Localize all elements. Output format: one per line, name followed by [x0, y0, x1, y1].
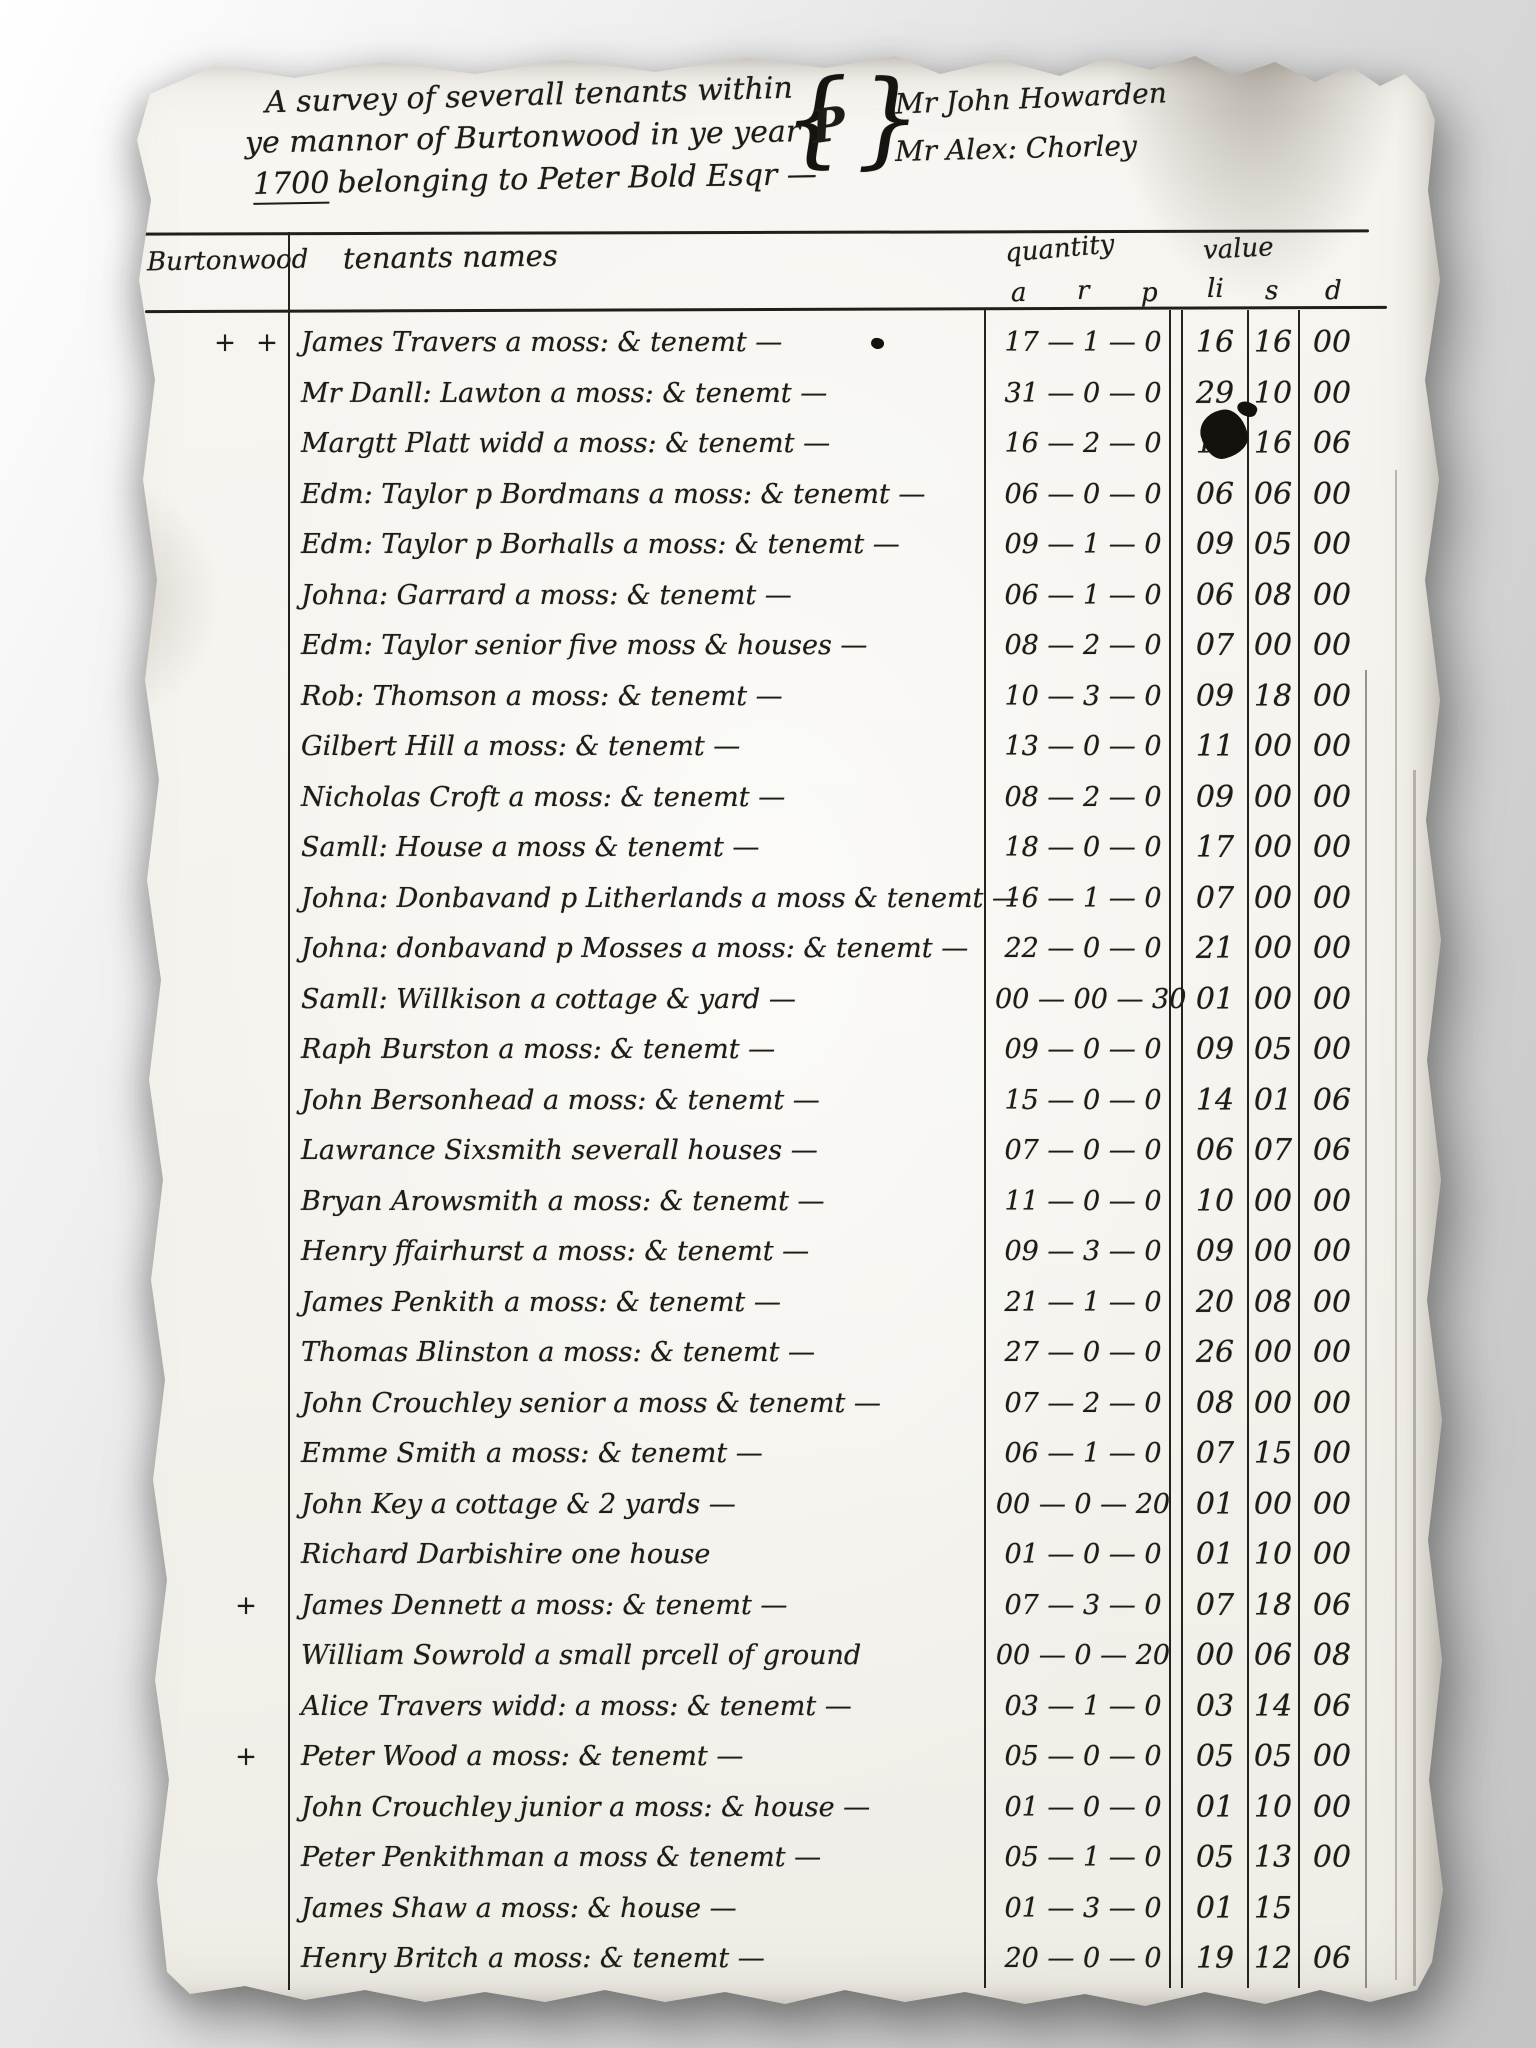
tenant-name: Richard Darbishire one house — [301, 1530, 710, 1581]
value-pounds: 07 — [1187, 621, 1243, 672]
value-pounds: 01 — [1187, 1783, 1243, 1834]
value-pence: 00 — [1301, 1732, 1363, 1783]
unit-acres: a — [1011, 278, 1027, 308]
value-pounds: 07 — [1187, 1429, 1243, 1480]
tenant-row: Bryan Arowsmith a moss: & tenemt — 11 — … — [95, 1177, 1445, 1228]
quantity-arp: 31 — 0 — 0 — [995, 369, 1171, 420]
quantity-arp: 13 — 0 — 0 — [995, 722, 1171, 773]
quantity-arp: 11 — 0 — 0 — [995, 1177, 1171, 1228]
value-pounds: 10 — [1187, 1177, 1243, 1228]
value-shillings: 08 — [1251, 571, 1295, 622]
title-line-1: A survey of severall tenants within — [265, 71, 794, 121]
value-pence: 06 — [1301, 1934, 1363, 1985]
quantity-arp: 03 — 1 — 0 — [995, 1682, 1171, 1733]
tenant-name: Alice Travers widd: a moss: & tenemt — — [301, 1682, 852, 1733]
unit-pounds: li — [1207, 274, 1224, 304]
value-shillings: 15 — [1251, 1884, 1295, 1935]
title-line-3: 1700belonging to Peter Bold Esqr — — [253, 157, 817, 202]
tenant-row: Samll: Willkison a cottage & yard — 00 —… — [95, 975, 1445, 1026]
tenant-name: Edm: Taylor senior five moss & houses — — [301, 621, 867, 672]
value-shillings: 05 — [1251, 1025, 1295, 1076]
value-pounds: 09 — [1187, 1227, 1243, 1278]
title-line-3-rest: belonging to Peter Bold Esqr — — [337, 157, 817, 200]
tenant-name: Nicholas Croft a moss: & tenemt — — [301, 773, 785, 824]
value-pence: 00 — [1301, 571, 1363, 622]
value-pence: 00 — [1301, 1025, 1363, 1076]
brace-monogram: P — [807, 96, 849, 154]
tenant-row: William Sowrold a small prcell of ground… — [95, 1631, 1445, 1682]
value-pence: 00 — [1301, 874, 1363, 925]
value-shillings: 08 — [1251, 1278, 1295, 1329]
value-shillings: 00 — [1251, 722, 1295, 773]
tenant-row: + James Dennett a moss: & tenemt — 07 — … — [95, 1581, 1445, 1632]
quantity-arp: 20 — 0 — 0 — [995, 1934, 1171, 1985]
tenant-name: William Sowrold a small prcell of ground — [301, 1631, 861, 1682]
value-pounds: 09 — [1187, 773, 1243, 824]
tenant-name: Johna: Garrard a moss: & tenemt — — [301, 571, 792, 622]
column-header-quantity: quantity — [1004, 229, 1116, 268]
value-pounds: 09 — [1187, 520, 1243, 571]
tenant-name: Bryan Arowsmith a moss: & tenemt — — [301, 1177, 825, 1228]
value-pounds: 05 — [1187, 1732, 1243, 1783]
quantity-arp: 09 — 3 — 0 — [995, 1227, 1171, 1278]
value-shillings: 00 — [1251, 1227, 1295, 1278]
value-pence: 06 — [1301, 419, 1363, 470]
value-pence: 00 — [1301, 621, 1363, 672]
quantity-arp: 16 — 2 — 0 — [995, 419, 1171, 470]
tenant-name: John Crouchley junior a moss: & house — — [301, 1783, 870, 1834]
value-pence: 06 — [1301, 1581, 1363, 1632]
tenant-row: Lawrance Sixsmith severall houses — 07 —… — [95, 1126, 1445, 1177]
value-shillings: 00 — [1251, 823, 1295, 874]
value-pounds: 19 — [1187, 1934, 1243, 1985]
value-shillings: 06 — [1251, 470, 1295, 521]
tenant-row: Peter Penkithman a moss & tenemt — 05 — … — [95, 1833, 1445, 1884]
value-shillings: 10 — [1251, 369, 1295, 420]
value-pence: 00 — [1301, 1480, 1363, 1531]
tenant-row: Edm: Taylor p Bordmans a moss: & tenemt … — [95, 470, 1445, 521]
value-pounds: 06 — [1187, 1126, 1243, 1177]
tenant-row: John Bersonhead a moss: & tenemt — 15 — … — [95, 1076, 1445, 1127]
tenant-name: Mr Danll: Lawton a moss: & tenemt — — [301, 369, 827, 420]
margin-mark: + + — [213, 318, 285, 369]
tenant-row: Johna: Donbavand p Litherlands a moss & … — [95, 874, 1445, 925]
quantity-arp: 01 — 0 — 0 — [995, 1530, 1171, 1581]
quantity-arp: 27 — 0 — 0 — [995, 1328, 1171, 1379]
official-name-1: Mr John Howarden — [894, 76, 1167, 120]
tenant-name: Henry Britch a moss: & tenemt — — [301, 1934, 765, 1985]
tenant-name: James Travers a moss: & tenemt — — [301, 318, 782, 369]
tenant-row: Alice Travers widd: a moss: & tenemt — 0… — [95, 1682, 1445, 1733]
tenant-row: Edm: Taylor senior five moss & houses — … — [95, 621, 1445, 672]
quantity-arp: 01 — 0 — 0 — [995, 1783, 1171, 1834]
quantity-arp: 10 — 3 — 0 — [995, 672, 1171, 723]
value-pounds: 00 — [1187, 1631, 1243, 1682]
quantity-arp: 05 — 1 — 0 — [995, 1833, 1171, 1884]
quantity-arp: 07 — 0 — 0 — [995, 1126, 1171, 1177]
value-pounds: 06 — [1187, 470, 1243, 521]
value-shillings: 13 — [1251, 1833, 1295, 1884]
value-shillings: 18 — [1251, 672, 1295, 723]
value-pence: 06 — [1301, 1682, 1363, 1733]
quantity-arp: 17 — 1 — 0 — [995, 318, 1171, 369]
value-shillings: 10 — [1251, 1530, 1295, 1581]
value-pounds: 07 — [1187, 874, 1243, 925]
tenant-row: John Crouchley junior a moss: & house — … — [95, 1783, 1445, 1834]
tenant-row: Edm: Taylor p Borhalls a moss: & tenemt … — [95, 520, 1445, 571]
tenant-row: Raph Burston a moss: & tenemt — 09 — 0 —… — [95, 1025, 1445, 1076]
column-header-place: Burtonwood — [147, 245, 309, 278]
quantity-arp: 21 — 1 — 0 — [995, 1278, 1171, 1329]
quantity-arp: 16 — 1 — 0 — [995, 874, 1171, 925]
header-rule-bottom — [145, 306, 1387, 313]
tenant-row: Emme Smith a moss: & tenemt — 06 — 1 — 0… — [95, 1429, 1445, 1480]
value-shillings: 16 — [1251, 419, 1295, 470]
tenant-name: Peter Wood a moss: & tenemt — — [301, 1732, 743, 1783]
tenant-name: Lawrance Sixsmith severall houses — — [301, 1126, 818, 1177]
margin-mark: + — [213, 1581, 285, 1632]
value-pounds: 09 — [1187, 672, 1243, 723]
value-pence: 00 — [1301, 1328, 1363, 1379]
tenant-name: James Penkith a moss: & tenemt — — [301, 1278, 781, 1329]
tenant-name: Rob: Thomson a moss: & tenemt — — [301, 672, 783, 723]
value-pence: 06 — [1301, 1126, 1363, 1177]
value-shillings: 18 — [1251, 1581, 1295, 1632]
value-shillings: 01 — [1251, 1076, 1295, 1127]
value-shillings: 00 — [1251, 773, 1295, 824]
value-pence: 00 — [1301, 1833, 1363, 1884]
value-pounds: 01 — [1187, 975, 1243, 1026]
tenant-name: Samll: House a moss & tenemt — — [301, 823, 759, 874]
tenant-row: Richard Darbishire one house 01 — 0 — 0 … — [95, 1530, 1445, 1581]
quantity-arp: 06 — 0 — 0 — [995, 470, 1171, 521]
value-pence: 00 — [1301, 1227, 1363, 1278]
value-pounds: 05 — [1187, 1833, 1243, 1884]
value-pence: 00 — [1301, 470, 1363, 521]
scan-background: A survey of severall tenants within ye m… — [0, 0, 1536, 2048]
value-shillings: 15 — [1251, 1429, 1295, 1480]
value-pence: 08 — [1301, 1631, 1363, 1682]
tenant-name: James Dennett a moss: & tenemt — — [301, 1581, 787, 1632]
value-shillings: 00 — [1251, 874, 1295, 925]
value-pounds: 07 — [1187, 1581, 1243, 1632]
unit-perches: p — [1141, 278, 1158, 308]
margin-mark: + — [213, 1732, 285, 1783]
value-shillings: 05 — [1251, 1732, 1295, 1783]
column-header-value: value — [1202, 232, 1274, 266]
title-year: 1700 — [253, 166, 330, 205]
value-pounds: 16 — [1187, 318, 1243, 369]
tenant-rows: + + James Travers a moss: & tenemt — 17 … — [95, 318, 1445, 1985]
value-shillings: 16 — [1251, 318, 1295, 369]
tenant-name: Raph Burston a moss: & tenemt — — [301, 1025, 775, 1076]
quantity-arp: 07 — 2 — 0 — [995, 1379, 1171, 1430]
value-shillings: 00 — [1251, 621, 1295, 672]
tenant-name: Samll: Willkison a cottage & yard — — [301, 975, 796, 1026]
value-shillings: 05 — [1251, 520, 1295, 571]
tenant-name: John Key a cottage & 2 yards — — [301, 1480, 736, 1531]
header-rule-top — [109, 229, 1369, 235]
value-pence: 00 — [1301, 520, 1363, 571]
value-pence: 00 — [1301, 1783, 1363, 1834]
value-pence: 00 — [1301, 1278, 1363, 1329]
unit-pence: d — [1325, 276, 1342, 306]
value-pence: 00 — [1301, 722, 1363, 773]
tenant-row: Henry ffairhurst a moss: & tenemt — 09 —… — [95, 1227, 1445, 1278]
value-pounds: 26 — [1187, 1328, 1243, 1379]
tenant-row: + Peter Wood a moss: & tenemt — 05 — 0 —… — [95, 1732, 1445, 1783]
paper-shadow: A survey of severall tenants within ye m… — [95, 50, 1445, 2010]
tenant-name: Margtt Platt widd a moss: & tenemt — — [301, 419, 830, 470]
value-shillings: 00 — [1251, 1379, 1295, 1430]
value-pounds: 06 — [1187, 571, 1243, 622]
tenant-row: Samll: House a moss & tenemt — 18 — 0 — … — [95, 823, 1445, 874]
tenant-name: Edm: Taylor p Borhalls a moss: & tenemt … — [301, 520, 900, 571]
tenant-row: John Crouchley senior a moss & tenemt — … — [95, 1379, 1445, 1430]
manuscript-page: A survey of severall tenants within ye m… — [95, 50, 1445, 2010]
tenant-row: James Shaw a moss: & house — 01 — 3 — 0 … — [95, 1884, 1445, 1935]
quantity-arp: 00 — 0 — 20 — [995, 1631, 1171, 1682]
value-pence: 00 — [1301, 1379, 1363, 1430]
official-name-2: Mr Alex: Chorley — [895, 129, 1138, 168]
quantity-arp: 00 — 0 — 20 — [995, 1480, 1171, 1531]
quantity-arp: 15 — 0 — 0 — [995, 1076, 1171, 1127]
value-pence: 00 — [1301, 1429, 1363, 1480]
value-pounds: 03 — [1187, 1682, 1243, 1733]
value-pounds: 01 — [1187, 1884, 1243, 1935]
tenant-row: Johna: donbavand p Mosses a moss: & tene… — [95, 924, 1445, 975]
quantity-arp: 09 — 0 — 0 — [995, 1025, 1171, 1076]
value-pence: 00 — [1301, 924, 1363, 975]
value-pounds: 08 — [1187, 1379, 1243, 1430]
unit-roods: r — [1077, 276, 1089, 306]
page-stack-edge-1 — [1395, 470, 1397, 1980]
value-shillings: 10 — [1251, 1783, 1295, 1834]
value-shillings: 00 — [1251, 975, 1295, 1026]
value-pence: 00 — [1301, 672, 1363, 723]
quantity-arp: 08 — 2 — 0 — [995, 621, 1171, 672]
value-pounds: 21 — [1187, 924, 1243, 975]
tenant-row: John Key a cottage & 2 yards — 00 — 0 — … — [95, 1480, 1445, 1531]
value-shillings: 00 — [1251, 1177, 1295, 1228]
page-stack-edge-2 — [1413, 770, 1416, 1986]
tenant-name: Johna: donbavand p Mosses a moss: & tene… — [301, 924, 968, 975]
value-shillings: 12 — [1251, 1934, 1295, 1985]
tenant-row: James Penkith a moss: & tenemt — 21 — 1 … — [95, 1278, 1445, 1329]
tenant-name: John Crouchley senior a moss & tenemt — — [301, 1379, 881, 1430]
value-pence: 00 — [1301, 318, 1363, 369]
tenant-row: Rob: Thomson a moss: & tenemt — 10 — 3 —… — [95, 672, 1445, 723]
value-pence: 00 — [1301, 369, 1363, 420]
value-shillings: 00 — [1251, 1328, 1295, 1379]
tenant-row: Johna: Garrard a moss: & tenemt — 06 — 1… — [95, 571, 1445, 622]
column-header-names: tenants names — [343, 239, 558, 276]
quantity-arp: 05 — 0 — 0 — [995, 1732, 1171, 1783]
quantity-arp: 07 — 3 — 0 — [995, 1581, 1171, 1632]
quantity-arp: 00 — 00 — 30 — [995, 975, 1171, 1026]
value-pounds: 01 — [1187, 1480, 1243, 1531]
tenant-name: Johna: Donbavand p Litherlands a moss & … — [301, 874, 1019, 925]
title-line-2: ye mannor of Burtonwood in ye year — [245, 114, 801, 161]
value-pounds: 11 — [1187, 722, 1243, 773]
value-pence: 00 — [1301, 823, 1363, 874]
tenant-name: Peter Penkithman a moss & tenemt — — [301, 1833, 821, 1884]
value-shillings: 14 — [1251, 1682, 1295, 1733]
quantity-arp: 09 — 1 — 0 — [995, 520, 1171, 571]
tenant-name: John Bersonhead a moss: & tenemt — — [301, 1076, 820, 1127]
value-shillings: 00 — [1251, 1480, 1295, 1531]
quantity-arp: 18 — 0 — 0 — [995, 823, 1171, 874]
quantity-arp: 08 — 2 — 0 — [995, 773, 1171, 824]
tenant-row: + + James Travers a moss: & tenemt — 17 … — [95, 318, 1445, 369]
quantity-arp: 06 — 1 — 0 — [995, 571, 1171, 622]
value-pence: 00 — [1301, 1177, 1363, 1228]
tenant-name: Edm: Taylor p Bordmans a moss: & tenemt … — [301, 470, 925, 521]
value-pounds: 17 — [1187, 823, 1243, 874]
quantity-arp: 06 — 1 — 0 — [995, 1429, 1171, 1480]
tenant-name: Thomas Blinston a moss: & tenemt — — [301, 1328, 815, 1379]
quantity-arp: 01 — 3 — 0 — [995, 1884, 1171, 1935]
unit-shillings: s — [1265, 276, 1278, 306]
value-pounds: 20 — [1187, 1278, 1243, 1329]
tenant-row: Gilbert Hill a moss: & tenemt — 13 — 0 —… — [95, 722, 1445, 773]
tenant-name: James Shaw a moss: & house — — [301, 1884, 737, 1935]
value-shillings: 00 — [1251, 924, 1295, 975]
value-pence: 06 — [1301, 1076, 1363, 1127]
value-pence: 00 — [1301, 1530, 1363, 1581]
value-pounds: 09 — [1187, 1025, 1243, 1076]
tenant-name: Henry ffairhurst a moss: & tenemt — — [301, 1227, 809, 1278]
tenant-name: Gilbert Hill a moss: & tenemt — — [301, 722, 740, 773]
value-shillings: 06 — [1251, 1631, 1295, 1682]
value-pence: 00 — [1301, 975, 1363, 1026]
value-pounds: 14 — [1187, 1076, 1243, 1127]
tenant-row: Henry Britch a moss: & tenemt — 20 — 0 —… — [95, 1934, 1445, 1985]
tenant-row: Nicholas Croft a moss: & tenemt — 08 — 2… — [95, 773, 1445, 824]
value-pence: 00 — [1301, 773, 1363, 824]
quantity-arp: 22 — 0 — 0 — [995, 924, 1171, 975]
value-shillings: 07 — [1251, 1126, 1295, 1177]
value-pounds: 01 — [1187, 1530, 1243, 1581]
tenant-row: Thomas Blinston a moss: & tenemt — 27 — … — [95, 1328, 1445, 1379]
tenant-name: Emme Smith a moss: & tenemt — — [301, 1429, 763, 1480]
